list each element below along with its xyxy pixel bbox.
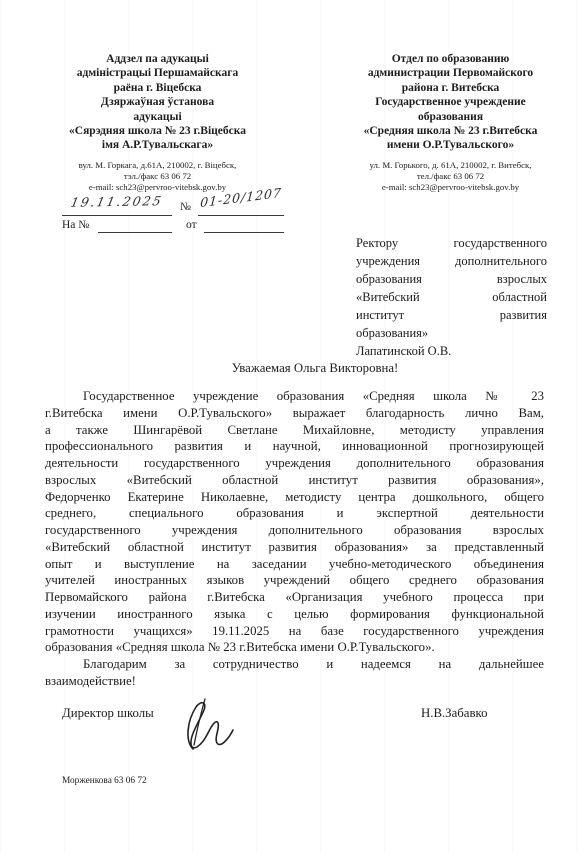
- recipient-block: Ректору государственного учреждения допо…: [356, 234, 547, 360]
- recipient-line: образования»: [356, 324, 547, 342]
- letterhead-line: имени О.Р.Тувальского»: [323, 138, 578, 152]
- body-line: а также Шингарёвой Светлане Михайловне, …: [45, 422, 544, 439]
- letter-body: Государственное учреждение образования «…: [45, 388, 544, 690]
- date-field: 19.11.2025: [62, 194, 172, 216]
- letterhead-line: Дзяржаўная ўстанова: [30, 95, 285, 109]
- letterhead-line: «Сярэдняя школа № 23 г.Віцебска: [30, 124, 285, 138]
- recipient-line: институт развития: [356, 306, 547, 324]
- contact-line: ул. М. Горького, д. 61А, 210002, г. Вите…: [323, 160, 578, 171]
- on-number-label: На №: [62, 219, 89, 231]
- signer-role: Директор школы: [62, 706, 154, 721]
- executor-contact: Морженкова 63 06 72: [62, 776, 147, 786]
- recipient-line: образования взрослых: [356, 270, 547, 288]
- outgoing-number-field: 01-20/1207: [198, 194, 284, 216]
- from-label: от: [186, 219, 197, 231]
- body-line: грамотности учащихся» 19.11.2025 на базе…: [45, 623, 544, 640]
- body-line: г.Витебска имени О.Р.Тувальского» выража…: [45, 405, 544, 422]
- letterhead-line: Государственное учреждение: [323, 95, 578, 109]
- body-line: «Витебский областной институт развития о…: [45, 539, 544, 556]
- contact-line: тэл./факс 63 06 72: [30, 171, 285, 182]
- handwritten-signature-icon: [178, 697, 242, 760]
- body-line: деятельности государственного учреждения…: [45, 455, 544, 472]
- body-line: Первомайского района г.Витебска «Организ…: [45, 589, 544, 606]
- scanned-letter-page: Аддзел па адукацыі адміністрацыі Першама…: [0, 0, 580, 852]
- body-line: государственного учреждения дополнительн…: [45, 522, 544, 539]
- number-sign-label: №: [180, 201, 191, 213]
- body-line: изучении иностранного языка с целью форм…: [45, 606, 544, 623]
- letterhead-left: Аддзел па адукацыі адміністрацыі Першама…: [30, 52, 285, 194]
- signer-name: Н.В.Забавко: [421, 706, 487, 721]
- recipient-name: Лапатинской О.В.: [356, 342, 547, 360]
- letterhead-line: Отдел по образованию: [323, 52, 578, 66]
- recipient-line: учреждения дополнительного: [356, 252, 547, 270]
- letterhead-line: Аддзел па адукацыі: [30, 52, 285, 66]
- recipient-line: Ректору государственного: [356, 234, 547, 252]
- contact-line: тел./факс 63 06 72: [323, 171, 578, 182]
- body-line: среднего, специального образования и экс…: [45, 505, 544, 522]
- letterhead-line: імя А.Р.Тувальскага»: [30, 138, 285, 152]
- letterhead-line: образования: [323, 110, 578, 124]
- letterhead-right: Отдел по образованию администрации Перво…: [323, 52, 578, 194]
- letterhead-line: раёна г. Віцебска: [30, 81, 285, 95]
- letterhead-line: «Средняя школа № 23 г.Витебска: [323, 124, 578, 138]
- reference-block: 19.11.2025 № 01-20/1207 На № от: [62, 194, 286, 238]
- body-line: образования «Средняя школа № 23 г.Витебс…: [45, 639, 544, 656]
- from-blank-field: [204, 219, 284, 233]
- handwritten-date: 19.11.2025: [70, 193, 165, 210]
- recipient-line: «Витебский областной: [356, 288, 547, 306]
- letterhead-contact-right: ул. М. Горького, д. 61А, 210002, г. Вите…: [323, 160, 578, 194]
- body-line: взрослых «Витебский областной институт р…: [45, 472, 544, 489]
- letterhead-line: администрации Первомайского: [323, 66, 578, 80]
- letterhead-line: адукацыі: [30, 110, 285, 124]
- contact-line: e-mail: sch23@pervroo-vitebsk.gov.by: [323, 182, 578, 193]
- body-line: взаимодействие!: [45, 673, 544, 690]
- body-line: учителей иностранных языков учреждений о…: [45, 572, 544, 589]
- on-number-blank-field: [98, 219, 172, 233]
- body-line: Государственное учреждение образования «…: [45, 388, 544, 405]
- letterhead-line: района г. Витебска: [323, 81, 578, 95]
- contact-line: вул. М. Горкага, д.61А, 210002, г. Віцеб…: [30, 160, 285, 171]
- body-line: опыт и выступление на заседании учебно-м…: [45, 556, 544, 573]
- body-line: Благодарим за сотрудничество и надеемся …: [45, 656, 544, 673]
- salutation: Уважаемая Ольга Викторовна!: [45, 361, 565, 376]
- letterhead-line: адміністрацыі Першамайскага: [30, 66, 285, 80]
- body-line: Федорченко Екатерине Николаевне, методис…: [45, 489, 544, 506]
- body-line: профессионального развития и научной, ин…: [45, 438, 544, 455]
